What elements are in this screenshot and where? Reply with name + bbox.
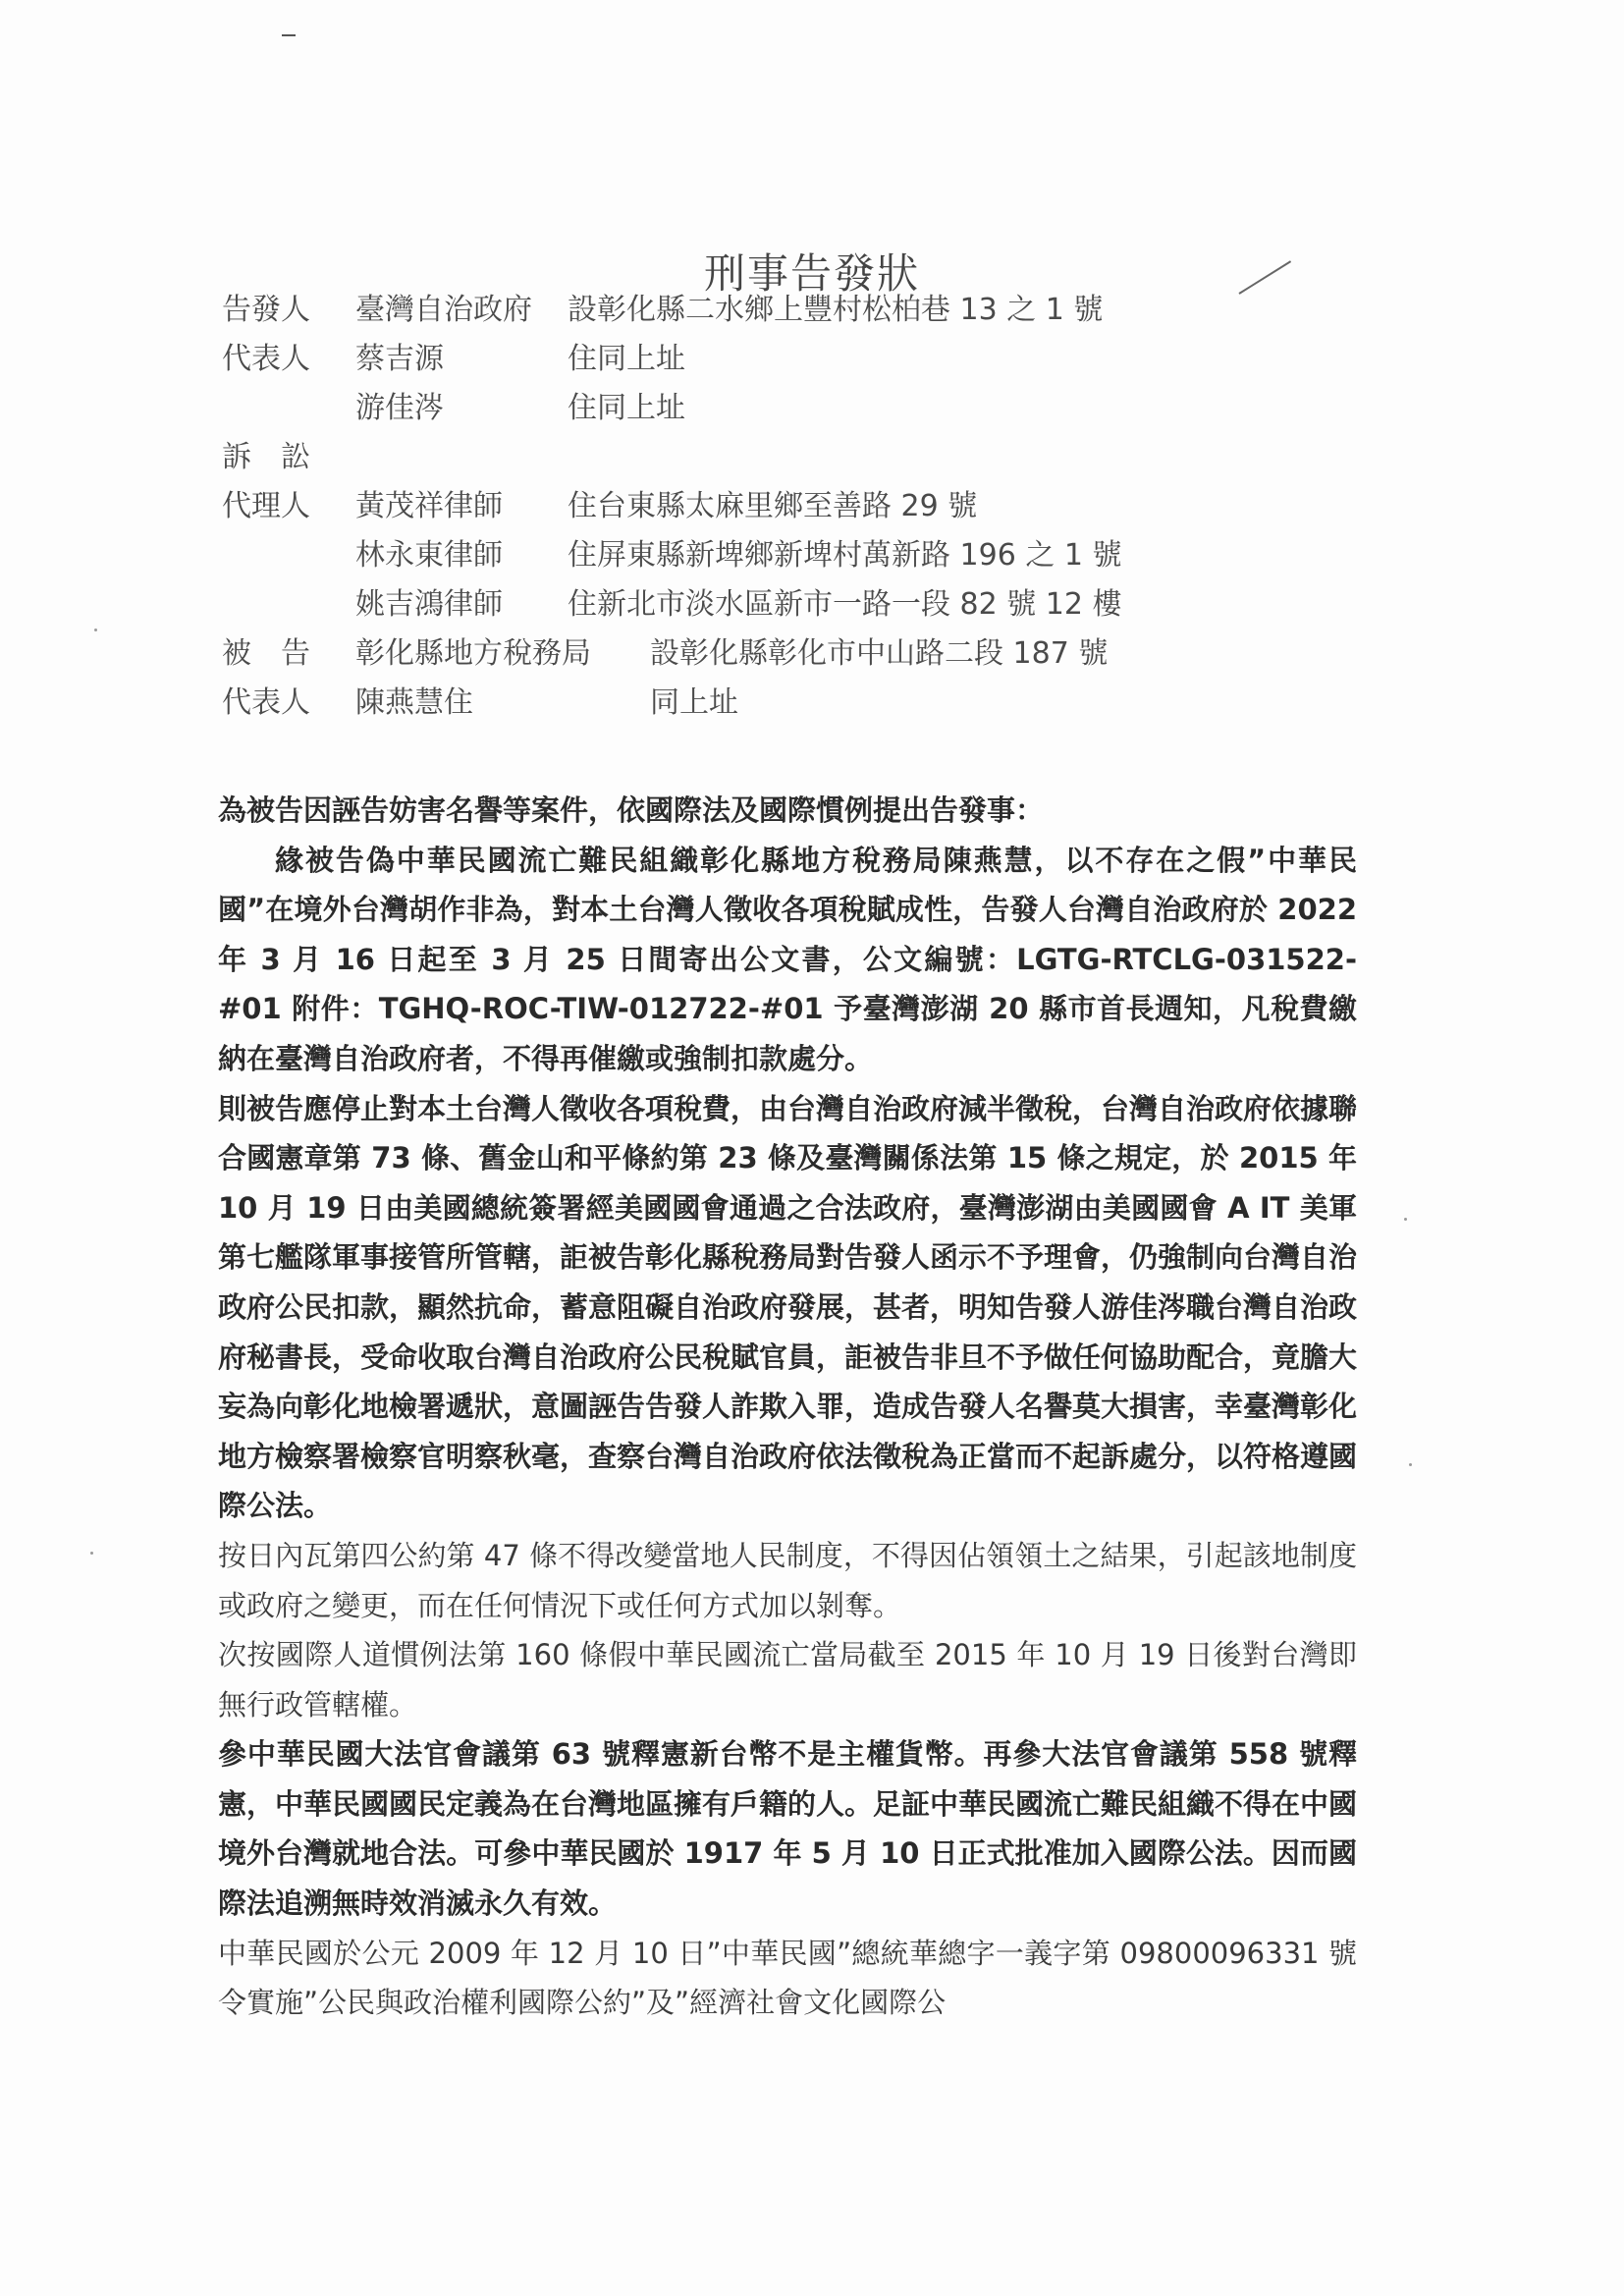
humanitarian-law-paragraph: 次按國際人道慣例法第 160 條假中華民國流亡當局截至 2015 年 10 月 … xyxy=(218,1630,1357,1729)
party-address: 住台東縣太麻里鄉至善路 29 號 xyxy=(568,487,977,526)
party-role: 告發人 xyxy=(222,291,310,330)
party-role: 訴 訟 xyxy=(222,438,310,477)
geneva-convention-paragraph: 按日內瓦第四公約第 47 條不得改變當地人民制度，不得因佔領領土之結果，引起該地… xyxy=(218,1531,1357,1630)
party-role: 代表人 xyxy=(222,340,310,379)
party-address: 住同上址 xyxy=(568,340,685,379)
complaint-body: 為被告因誣告妨害名譽等案件，依國際法及國際慣例提出告發事： 緣被告偽中華民國流亡… xyxy=(218,786,1357,2028)
party-name: 游佳涔 xyxy=(355,389,444,428)
scan-speck xyxy=(1404,1218,1407,1221)
party-address: 住新北市淡水區新市一路一段 82 號 12 樓 xyxy=(568,585,1122,625)
facts-paragraph: 緣被告偽中華民國流亡難民組織彰化縣地方稅務局陳燕慧，以不存在之假”中華民國”在境… xyxy=(218,836,1357,1084)
party-name: 黃茂祥律師 xyxy=(355,487,503,526)
party-name: 彰化縣地方稅務局 xyxy=(355,634,591,674)
scan-speck xyxy=(94,629,97,631)
party-name: 臺灣自治政府 xyxy=(355,291,532,330)
party-role: 被 告 xyxy=(222,634,310,674)
party-address: 住同上址 xyxy=(568,389,685,428)
argument-paragraph: 則被告應停止對本土台灣人徵收各項稅費，由台灣自治政府減半徵稅，台灣自治政府依據聯… xyxy=(218,1084,1357,1531)
constitutional-interpretation-paragraph: 參中華民國大法官會議第 63 號釋憲新台幣不是主權貨幣。再參大法官會議第 558… xyxy=(218,1729,1357,1928)
opening-statement: 為被告因誣告妨害名譽等案件，依國際法及國際慣例提出告發事： xyxy=(218,786,1357,836)
covenant-paragraph: 中華民國於公元 2009 年 12 月 10 日”中華民國”總統華總字一義字第 … xyxy=(218,1929,1357,2028)
party-address: 同上址 xyxy=(650,683,738,723)
party-address: 設彰化縣彰化市中山路二段 187 號 xyxy=(650,634,1108,674)
scan-artifact-mark xyxy=(282,34,296,36)
party-name: 蔡吉源 xyxy=(355,340,444,379)
scan-speck xyxy=(90,1552,93,1555)
party-address: 設彰化縣二水鄉上豐村松柏巷 13 之 1 號 xyxy=(568,291,1103,330)
party-role: 代理人 xyxy=(222,487,310,526)
scan-speck xyxy=(1409,1463,1412,1466)
party-name: 姚吉鴻律師 xyxy=(355,585,503,625)
party-name: 陳燕慧住 xyxy=(355,683,473,723)
party-address: 住屏東縣新埤鄉新埤村萬新路 196 之 1 號 xyxy=(568,536,1122,575)
party-name: 林永東律師 xyxy=(355,536,503,575)
party-role: 代表人 xyxy=(222,683,310,723)
